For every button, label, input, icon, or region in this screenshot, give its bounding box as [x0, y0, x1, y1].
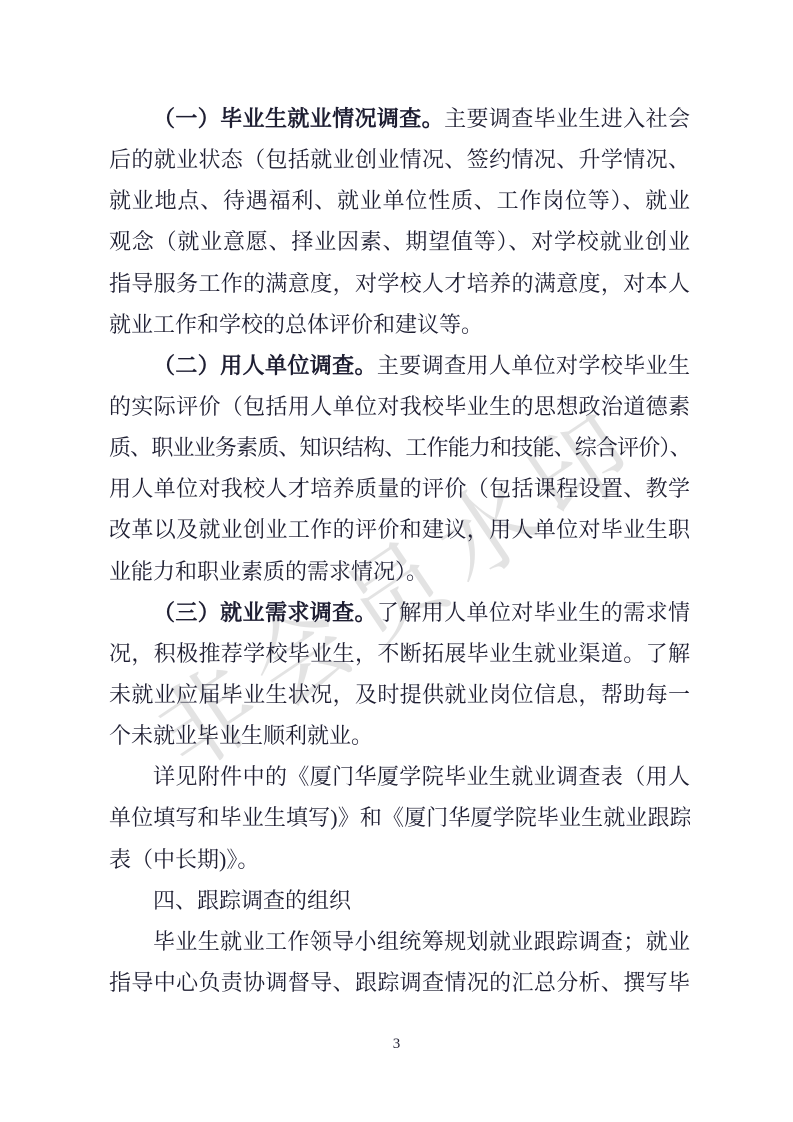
body-text: 就业地点、待遇福利、就业单位性质、工作岗位等）、就业: [109, 188, 690, 213]
text-line: 指导中心负责协调督导、跟踪调查情况的汇总分析、撰写毕: [109, 962, 690, 1003]
text-line: 就业工作和学校的总体评价和建议等。: [109, 304, 690, 345]
paragraph: 四、跟踪调查的组织: [109, 880, 690, 921]
text-line: 表（中长期)》。: [109, 839, 690, 880]
body-text: 指导服务工作的满意度，对学校人才培养的满意度，对本人: [109, 271, 690, 296]
body-text: 观念（就业意愿、择业因素、期望值等）、对学校就业创业: [109, 229, 690, 254]
paragraph: 毕业生就业工作领导小组统筹规划就业跟踪调查；就业指导中心负责协调督导、跟踪调查情…: [109, 921, 690, 1003]
text-line: 改革以及就业创业工作的评价和建议，用人单位对毕业生职: [109, 509, 690, 550]
document-page: 非会员水印 （一）毕业生就业情况调查。主要调查毕业生进入社会后的就业状态（包括就…: [0, 0, 793, 1122]
body-text: 未就业应届毕业生状况，及时提供就业岗位信息，帮助每一: [109, 682, 690, 707]
body-text: 四、跟踪调查的组织: [153, 888, 351, 913]
body-text: 况，积极推荐学校毕业生，不断拓展毕业生就业渠道。了解: [109, 641, 690, 666]
text-line: 指导服务工作的满意度，对学校人才培养的满意度，对本人: [109, 263, 690, 304]
section-heading-text: （一）毕业生就业情况调查。: [153, 106, 444, 131]
section-heading-text: （三）就业需求调查。: [153, 600, 377, 625]
paragraph: （二）用人单位调查。主要调查用人单位对学校毕业生的实际评价（包括用人单位对我校毕…: [109, 345, 690, 592]
page-number: 3: [0, 1036, 793, 1053]
text-line: 单位填写和毕业生填写)》和《厦门华厦学院毕业生就业跟踪: [109, 797, 690, 838]
body-text: 个未就业毕业生顺利就业。: [109, 723, 373, 748]
body-text: 毕业生就业工作领导小组统筹规划就业跟踪调查；就业: [153, 929, 690, 954]
text-line: 未就业应届毕业生状况，及时提供就业岗位信息，帮助每一: [109, 674, 690, 715]
text-line: （二）用人单位调查。主要调查用人单位对学校毕业生: [109, 345, 690, 386]
text-line: 用人单位对我校人才培养质量的评价（包括课程设置、教学: [109, 468, 690, 509]
text-line: 质、职业业务素质、知识结构、工作能力和技能、综合评价）、: [109, 427, 690, 468]
text-line: 四、跟踪调查的组织: [109, 880, 690, 921]
text-line: 的实际评价（包括用人单位对我校毕业生的思想政治道德素: [109, 386, 690, 427]
paragraph: （一）毕业生就业情况调查。主要调查毕业生进入社会后的就业状态（包括就业创业情况、…: [109, 98, 690, 345]
body-text: 质、职业业务素质、知识结构、工作能力和技能、综合评价）、: [109, 435, 690, 460]
text-line: 个未就业毕业生顺利就业。: [109, 715, 690, 756]
paragraph: （三）就业需求调查。了解用人单位对毕业生的需求情况，积极推荐学校毕业生，不断拓展…: [109, 592, 690, 757]
body-text: 详见附件中的《厦门华厦学院毕业生就业调查表（用人: [153, 764, 690, 789]
text-line: 业能力和职业素质的需求情况）。: [109, 551, 690, 592]
body-text: 单位填写和毕业生填写)》和《厦门华厦学院毕业生就业跟踪: [109, 805, 690, 830]
text-line: （一）毕业生就业情况调查。主要调查毕业生进入社会: [109, 98, 690, 139]
body-text: 业能力和职业素质的需求情况）。: [109, 559, 428, 584]
body-text: 就业工作和学校的总体评价和建议等。: [109, 312, 483, 337]
text-line: （三）就业需求调查。了解用人单位对毕业生的需求情: [109, 592, 690, 633]
body-text: 主要调查用人单位对学校毕业生: [377, 353, 690, 378]
text-line: 就业地点、待遇福利、就业单位性质、工作岗位等）、就业: [109, 180, 690, 221]
paragraph: 详见附件中的《厦门华厦学院毕业生就业调查表（用人单位填写和毕业生填写)》和《厦门…: [109, 756, 690, 879]
body-text: 后的就业状态（包括就业创业情况、签约情况、升学情况、: [109, 147, 690, 172]
text-line: 后的就业状态（包括就业创业情况、签约情况、升学情况、: [109, 139, 690, 180]
body-text: 指导中心负责协调督导、跟踪调查情况的汇总分析、撰写毕: [109, 970, 690, 995]
body-text: 主要调查毕业生进入社会: [444, 106, 690, 131]
section-heading-text: （二）用人单位调查。: [153, 353, 377, 378]
text-line: 观念（就业意愿、择业因素、期望值等）、对学校就业创业: [109, 221, 690, 262]
body-text: 表（中长期)》。: [109, 847, 259, 872]
document-body: （一）毕业生就业情况调查。主要调查毕业生进入社会后的就业状态（包括就业创业情况、…: [109, 98, 690, 1003]
body-text: 改革以及就业创业工作的评价和建议，用人单位对毕业生职: [109, 517, 690, 542]
body-text: 用人单位对我校人才培养质量的评价（包括课程设置、教学: [109, 476, 690, 501]
text-line: 况，积极推荐学校毕业生，不断拓展毕业生就业渠道。了解: [109, 633, 690, 674]
body-text: 了解用人单位对毕业生的需求情: [377, 600, 690, 625]
body-text: 的实际评价（包括用人单位对我校毕业生的思想政治道德素: [109, 394, 690, 419]
text-line: 毕业生就业工作领导小组统筹规划就业跟踪调查；就业: [109, 921, 690, 962]
text-line: 详见附件中的《厦门华厦学院毕业生就业调查表（用人: [109, 756, 690, 797]
